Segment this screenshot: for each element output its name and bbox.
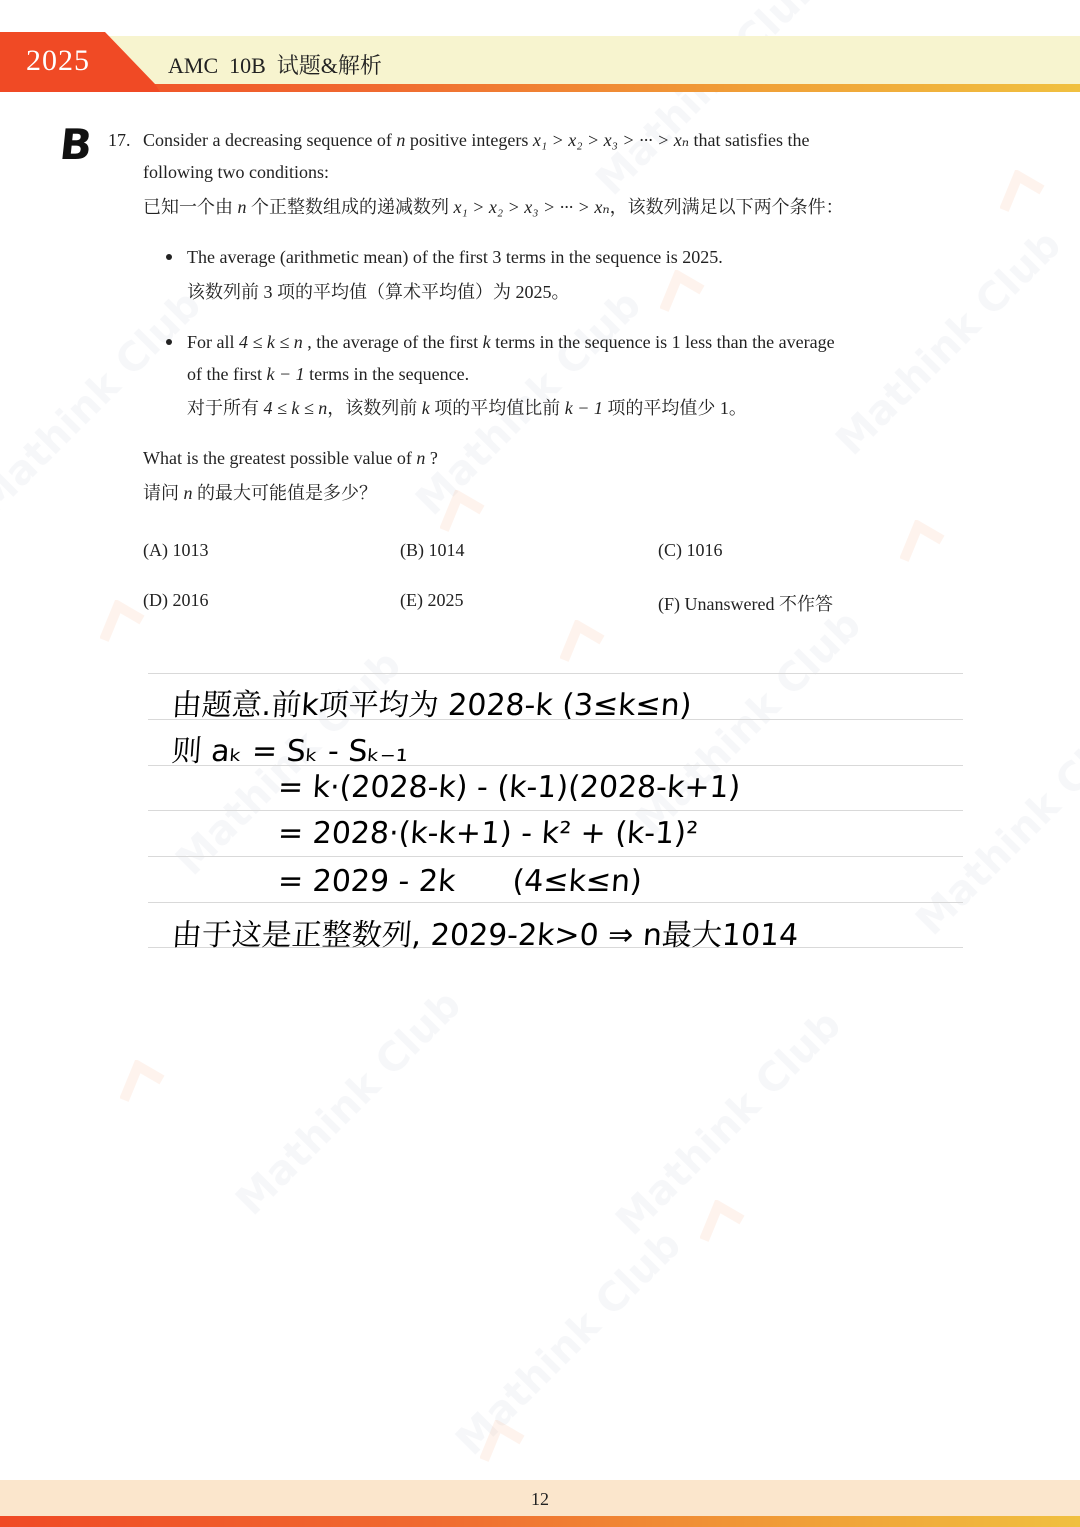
math-sequence: x₁ > x₂ > x₃ > ··· > xₙ [533,130,689,150]
watermark-logo-icon [480,1420,526,1466]
document-title: AMC 10B 试题&解析 [168,49,382,80]
math-expr: k − 1 [266,364,304,384]
stem-text: 已知一个由 [143,197,238,217]
solution-line-6: 由于这是正整数列, 2029-2k>0 ⇒ n最大1014 [170,910,800,954]
watermark-logo-icon [100,600,146,646]
watermark-text: Mathink Club [907,702,1080,945]
watermark-text: Mathink Club [607,1002,850,1245]
question-text: 的最大可能值是多少？ [193,483,378,503]
condition-text: For all [187,332,239,352]
condition-text: , the average of the first [303,332,483,352]
condition-2-zh: 对于所有 4 ≤ k ≤ n，该数列前 k 项的平均值比前 k − 1 项的平均… [187,396,747,420]
watermark-logo-icon [900,520,946,566]
condition-text: 项的平均值比前 [430,398,565,418]
choice-c: (C) 1016 [658,540,723,561]
bullet-icon [166,254,172,260]
condition-text: 项的平均值少 1。 [603,398,747,418]
choice-value: 1014 [429,540,465,560]
stem-text: ，该数列满足以下两个条件： [610,197,844,217]
solution-line-2: 则 aₖ = Sₖ - Sₖ₋₁ [170,726,409,770]
choice-f: (F) Unanswered 不作答 [658,590,833,616]
watermark-text: Mathink Club [827,222,1070,465]
footer-accent-bar [0,1516,1080,1527]
condition-text: terms in the sequence is 1 less than the… [491,332,835,352]
problem-stem-en-line2: following two conditions: [143,160,329,184]
year-label: 2025 [26,44,90,78]
choice-value: 2016 [173,590,209,610]
handwritten-answer-mark: B [57,120,94,169]
choice-label: (E) [400,590,423,610]
page-number: 12 [0,1489,1080,1510]
math-inequality: 4 ≤ k ≤ n [264,398,328,418]
bullet-icon [166,339,172,345]
math-var-k: k [483,332,491,352]
condition-1-zh: 该数列前 3 项的平均值（算术平均值）为 2025。 [187,280,570,304]
solution-line-3: = k·(2028-k) - (k-1)(2028-k+1) [277,770,742,805]
condition-2-en-line1: For all 4 ≤ k ≤ n , the average of the f… [187,330,835,354]
math-expr: k − 1 [565,398,603,418]
watermark-logo-icon [660,270,706,316]
condition-text: terms in the sequence. [305,364,469,384]
choice-value: Unanswered 不作答 [685,594,833,614]
choice-b: (B) 1014 [400,540,465,561]
page-header: 2025 AMC 10B 试题&解析 [0,32,1080,92]
choice-label: (B) [400,540,424,560]
watermark-text: Mathink Club [447,1222,690,1465]
choice-label: (A) [143,540,168,560]
choice-a: (A) 1013 [143,540,209,561]
choice-value: 1016 [687,540,723,560]
math-var-n: n [184,483,193,503]
choice-label: (F) [658,594,680,614]
ruled-line [148,673,963,674]
watermark-logo-icon [700,1200,746,1246]
condition-text: of the first [187,364,266,384]
stem-text: Consider a decreasing sequence of [143,130,396,150]
watermark-text: Mathink Club [587,0,830,204]
choice-e: (E) 2025 [400,590,463,611]
problem-stem-en-line1: Consider a decreasing sequence of n posi… [143,128,810,152]
header-accent-bar [0,84,1080,92]
choice-label: (D) [143,590,168,610]
stem-text: positive integers [405,130,532,150]
choice-value: 1013 [173,540,209,560]
problem-stem-zh: 已知一个由 n 个正整数组成的递减数列 x₁ > x₂ > x₃ > ··· >… [143,195,844,219]
condition-2-en-line2: of the first k − 1 terms in the sequence… [187,362,469,386]
solution-line-1: 由题意.前k项平均为 2028-k (3≤k≤n) [170,680,693,724]
math-sequence: x₁ > x₂ > x₃ > ··· > xₙ [454,197,610,217]
condition-1-en: The average (arithmetic mean) of the fir… [187,245,723,269]
header-band [0,36,1080,86]
watermark-logo-icon [560,620,606,666]
ruled-line [148,902,963,903]
watermark-logo-icon [1000,170,1046,216]
math-inequality: 4 ≤ k ≤ n [239,332,303,352]
choice-d: (D) 2016 [143,590,209,611]
question-text: ? [425,448,438,468]
condition-text: ，该数列前 [327,398,422,418]
ruled-line [148,810,963,811]
choice-label: (C) [658,540,682,560]
ruled-line [148,856,963,857]
math-var-k: k [422,398,430,418]
problem-number: 17. [108,128,131,152]
question-en: What is the greatest possible value of n… [143,446,438,470]
watermark-logo-icon [120,1060,166,1106]
question-text: What is the greatest possible value of [143,448,416,468]
stem-text: 个正整数组成的递减数列 [247,197,454,217]
watermark-text: Mathink Club [227,982,470,1225]
condition-text: 对于所有 [187,398,264,418]
watermark-logo-icon [440,490,486,536]
solution-line-5: = 2029 - 2k (4≤k≤n) [277,864,643,899]
math-var-n: n [238,197,247,217]
question-zh: 请问 n 的最大可能值是多少？ [143,481,377,505]
choice-value: 2025 [427,590,463,610]
stem-text: that satisfies the [689,130,809,150]
solution-line-4: = 2028·(k-k+1) - k² + (k-1)² [277,816,699,851]
question-text: 请问 [143,483,184,503]
